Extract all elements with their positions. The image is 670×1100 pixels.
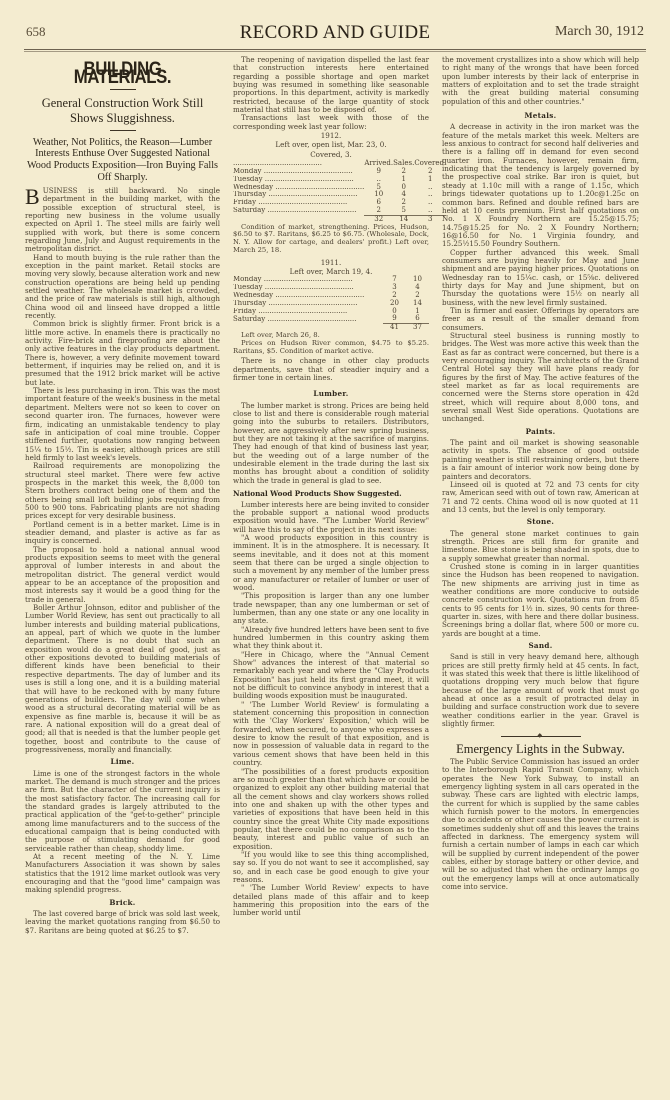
- table-row: Friday .................................…: [233, 308, 429, 316]
- table-1911-year: 1911.: [233, 259, 429, 267]
- paragraph: Crushed stone is coming in in larger qua…: [442, 563, 639, 638]
- diamond-ornament-icon: ◆: [538, 733, 543, 739]
- table-row: Tuesday ................................…: [233, 284, 429, 292]
- paragraph: "This proposition is larger than any one…: [233, 592, 429, 625]
- table-note: Condition of market, strengthening. Pric…: [233, 224, 429, 255]
- paragraph: Lime is one of the strongest factors in …: [25, 770, 220, 853]
- table-row: Thursday ...............................…: [233, 191, 446, 199]
- table-row: Saturday ...............................…: [233, 315, 429, 323]
- paragraph: The reopening of navigation dispelled th…: [233, 56, 429, 114]
- table-row: Saturday ...............................…: [233, 207, 446, 215]
- section-title-wood-show: National Wood Products Show Suggested.: [233, 490, 429, 498]
- paragraph: the movement crystallizes into a show wh…: [442, 56, 639, 106]
- section-title-brick: Brick.: [25, 899, 220, 907]
- newspaper-page: 658 RECORD AND GUIDE March 30, 1912 BUIL…: [0, 0, 670, 1100]
- article-headline: BUILDING MATERIALS.: [37, 66, 209, 83]
- paragraph: "Here in Chicago, where the "Annual Ceme…: [233, 651, 429, 701]
- paragraph: "The possibilities of a forest products …: [233, 768, 429, 851]
- paragraph: The general stone market continues to ga…: [442, 530, 639, 563]
- paragraph: Common brick is slightly firmer. Front b…: [25, 320, 220, 387]
- paragraph: "Already five hundred letters have been …: [233, 626, 429, 651]
- paragraph: Railroad requirements are monopolizing t…: [25, 462, 220, 520]
- table-prices-note: Prices on Hudson River common, $4.75 to …: [233, 340, 429, 356]
- table-1912-covered: Covered, 3.: [233, 151, 429, 159]
- paragraph: Portland cement is in a better market. L…: [25, 521, 220, 546]
- paragraph: The proposal to hold a national annual w…: [25, 546, 220, 604]
- paragraph: There is no change in other clay product…: [233, 357, 429, 382]
- paragraph: Sand is still in very heavy demand here,…: [442, 653, 639, 728]
- brick-table-1912: ........................................…: [233, 160, 446, 223]
- table-row: Thursday ...............................…: [233, 300, 429, 308]
- article-subheadline: General Construction Work Still Shows Sl…: [25, 96, 220, 126]
- subway-article-title: Emergency Lights in the Subway.: [442, 745, 639, 753]
- brick-table-1911: Monday .................................…: [233, 276, 429, 332]
- ornament-divider: ◆: [501, 736, 581, 737]
- divider: [110, 130, 136, 131]
- paragraph: The last covered barge of brick was sold…: [25, 910, 220, 935]
- paragraph: Linseed oil is quoted at 72 and 73 cents…: [442, 481, 639, 514]
- table-row: Monday .................................…: [233, 168, 446, 176]
- paragraph: The lumber market is strong. Prices are …: [233, 402, 429, 485]
- section-title-stone: Stone.: [442, 518, 639, 526]
- intro-paragraph: BUSINESS is still backward. No single de…: [25, 187, 220, 254]
- paragraph: " 'The Lumber World Review' expects to h…: [233, 884, 429, 917]
- section-title-paints: Paints.: [442, 428, 639, 436]
- section-title-metals: Metals.: [442, 112, 639, 120]
- paragraph: " 'The Lumber World Review' is formulati…: [233, 701, 429, 768]
- table-row: Friday .................................…: [233, 199, 446, 207]
- page-header: 658 RECORD AND GUIDE March 30, 1912: [0, 22, 670, 42]
- paragraph: The paint and oil market is showing seas…: [442, 439, 639, 481]
- paragraph: There is less purchasing in iron. This w…: [25, 387, 220, 462]
- table-1912-leftover: Left over, open list, Mar. 23, 0.: [233, 141, 429, 149]
- paragraph: Structural steel business is running mos…: [442, 332, 639, 424]
- table-row: Monday .................................…: [233, 276, 429, 284]
- table-1912-year: 1912.: [233, 132, 429, 140]
- paragraph: Lumber interests here are being invited …: [233, 501, 429, 534]
- drop-cap: B: [25, 188, 40, 206]
- issue-date: March 30, 1912: [555, 24, 644, 40]
- paragraph: "A wood products exposition in this coun…: [233, 534, 429, 592]
- table-row: Wednesday ..............................…: [233, 292, 429, 300]
- paragraph: Copper further advanced this week. Small…: [442, 249, 639, 307]
- section-title-lumber: Lumber.: [233, 390, 429, 398]
- column-1: BUILDING MATERIALS. General Construction…: [25, 56, 220, 935]
- paragraph: Boller Arthur Johnson, editor and publis…: [25, 604, 220, 754]
- divider: [110, 89, 136, 90]
- paragraph: Transactions last week with those of the…: [233, 114, 429, 131]
- paragraph: At a recent meeting of the N. Y. Lime Ma…: [25, 853, 220, 895]
- table-1911-leftover: Left over, March 19, 4.: [233, 268, 429, 276]
- paragraph: A decrease in activity in the iron marke…: [442, 123, 639, 248]
- article-deck: Weather, Not Politics, the Reason—Lumber…: [25, 137, 220, 184]
- paragraph: Hand to mouth buying is the rule rather …: [25, 254, 220, 321]
- paragraph: "If you would like to see this thing acc…: [233, 851, 429, 884]
- paragraph: The Public Service Commission has issued…: [442, 758, 639, 892]
- header-rule: [24, 49, 646, 52]
- section-title-sand: Sand.: [442, 642, 639, 650]
- column-2: The reopening of navigation dispelled th…: [233, 56, 429, 918]
- section-title-lime: Lime.: [25, 758, 220, 766]
- column-3: the movement crystallizes into a show wh…: [442, 56, 639, 891]
- table-row: Wednesday ..............................…: [233, 184, 446, 192]
- paragraph: Tin is firmer and easier. Offerings by o…: [442, 307, 639, 332]
- table-row: Tuesday ................................…: [233, 176, 446, 184]
